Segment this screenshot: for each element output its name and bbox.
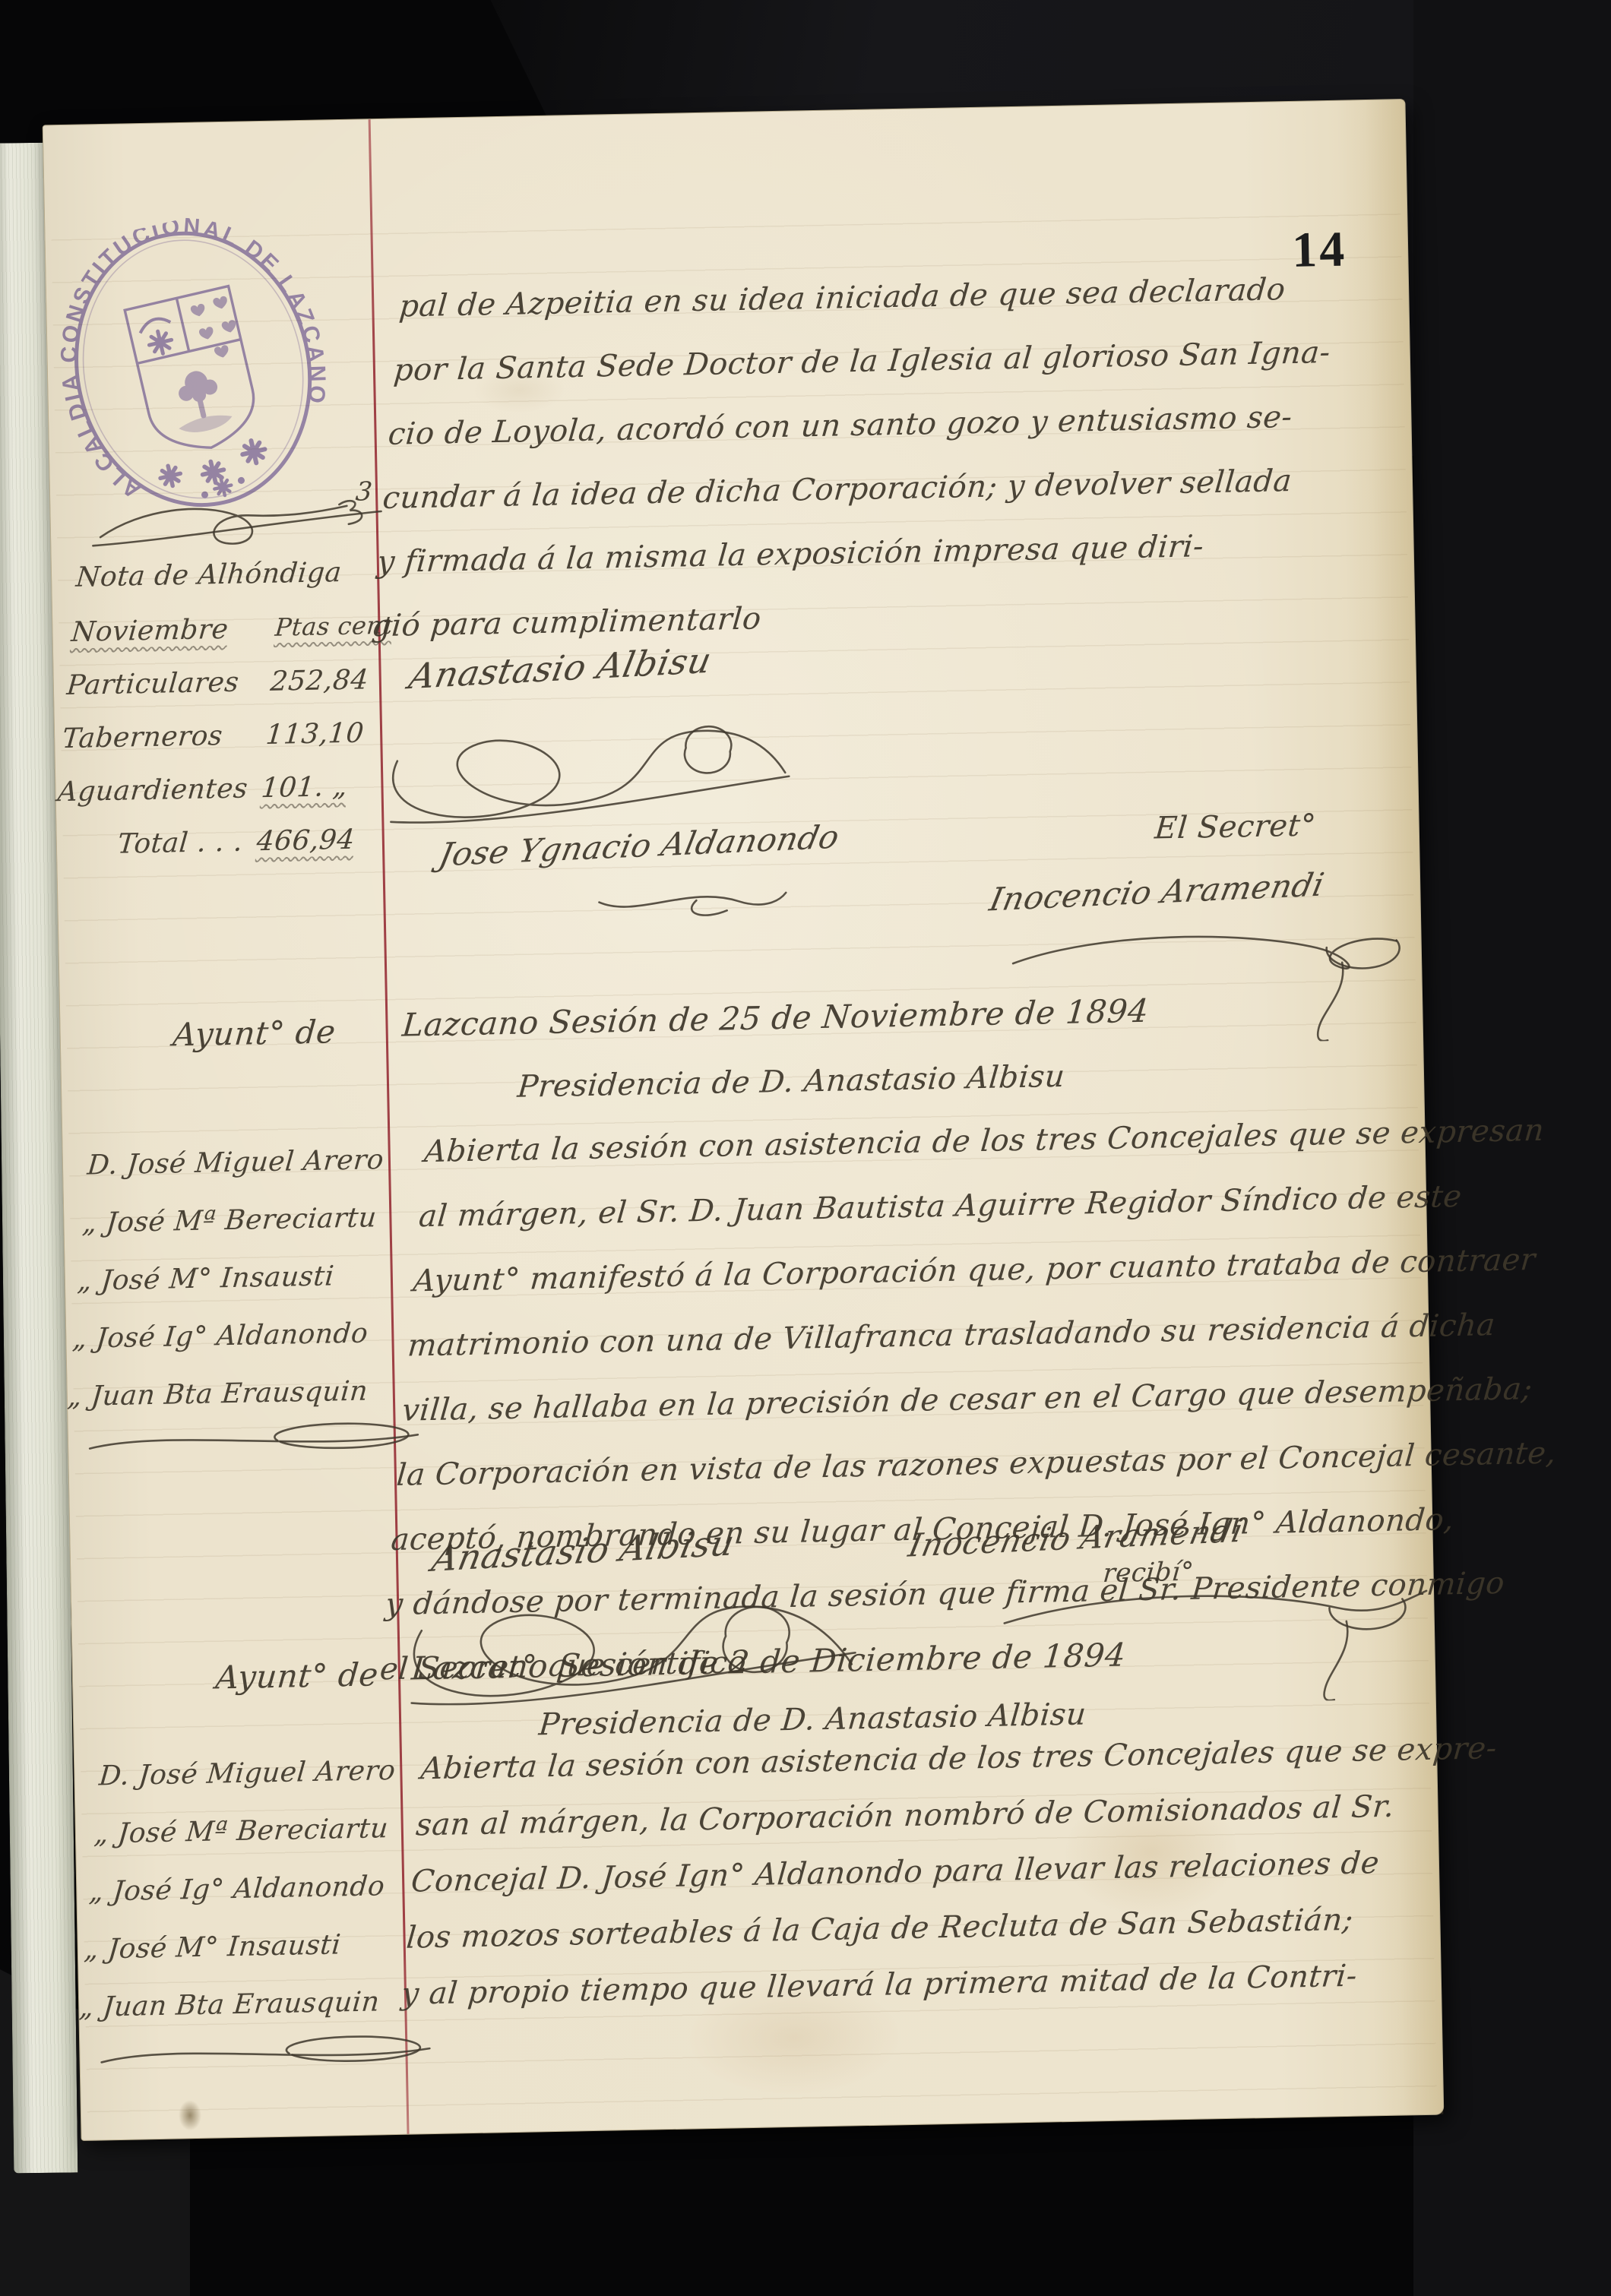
secretary-label: El Secret°: [1154, 808, 1318, 846]
session1-body: Abierta la sesión con asistencia de los …: [377, 1098, 1587, 1703]
note-title: Nota de Alhóndiga: [73, 555, 404, 616]
note-label: Total . . .: [116, 827, 244, 860]
note-label: Taberneros: [61, 720, 224, 754]
note-amount: 113,10: [264, 717, 365, 751]
crescent-icon: [138, 316, 172, 334]
note-row: Aguardientes 101. „: [55, 770, 386, 830]
star-icon: [158, 463, 182, 488]
councilman-name: D. José Miguel Arero: [97, 1742, 402, 1806]
note-unit-header: Ptas cent: [274, 611, 394, 642]
signature-aldanondo: Jose Ygnacio Aldanondo: [436, 818, 843, 874]
session1-heading: Lazcano Sesión de 25 de Noviembre de 189…: [400, 992, 1150, 1044]
note-month-row: Noviembre Ptas cent: [68, 611, 400, 670]
scanned-manuscript-photo: { "document": { "page_number": "14", "st…: [0, 0, 1611, 2296]
note-row: Particulares 252,84: [64, 664, 395, 723]
manuscript-page: 14 ALCALDIA CONSTITUCIONAL DE LAZCANO: [43, 100, 1444, 2140]
tree-icon: [167, 365, 234, 437]
session2-body: Abierta la sesión con asistencia de los …: [399, 1720, 1499, 2022]
note-amount: 252,84: [269, 664, 369, 697]
margin-office-label: Ayunt° de: [172, 1013, 337, 1053]
alhondiga-note: Nota de Alhóndiga Noviembre Ptas cent Pa…: [50, 555, 404, 883]
note-label: Particulares: [65, 667, 240, 701]
intro-paragraph: pal de Azpeitia en su idea iniciada de q…: [369, 257, 1339, 659]
signature-aramendi: Inocencio Aramendi: [986, 865, 1328, 918]
session1-presidency: Presidencia de D. Anastasio Albisu: [516, 1059, 1066, 1105]
signature-note: recibí°: [1102, 1557, 1195, 1589]
star-icon: [240, 438, 267, 466]
stray-mark: 3: [354, 476, 374, 507]
note-label: Aguardientes: [56, 773, 249, 808]
paper-stain: [179, 2100, 202, 2131]
councilman-name: „ José M° Insausti: [82, 1915, 388, 1979]
councilman-name: „ José Ig° Aldanondo: [87, 1858, 392, 1921]
councilman-name: „ Juan Bta Erausquin: [77, 1973, 382, 2037]
municipal-stamp: ALCALDIA CONSTITUCIONAL DE LAZCANO: [31, 194, 356, 542]
councilman-name: „ Juan Bta Erausquin: [65, 1362, 371, 1426]
councilman-name: „ José Ig° Aldanondo: [70, 1305, 375, 1368]
note-row: Total . . . 466,94: [50, 824, 381, 883]
councilman-name: „ José M° Insausti: [75, 1247, 381, 1311]
signature-flourish: [590, 878, 796, 927]
note-row: Taberneros 113,10: [59, 717, 391, 776]
note-amount: 466,94: [255, 824, 356, 858]
councilman-name: „ José Mª Bereciartu: [80, 1189, 385, 1253]
stamp-text: ALCALDIA CONSTITUCIONAL DE LAZCANO: [31, 194, 351, 513]
note-amount: 101. „: [260, 771, 349, 804]
councilman-name: D. José Miguel Arero: [85, 1131, 391, 1195]
note-month: Noviembre: [70, 614, 229, 648]
leaves-icons: [189, 295, 242, 362]
session1-margin-names: D. José Miguel Arero „ José Mª Bereciart…: [65, 1131, 391, 1426]
session2-margin-names: D. José Miguel Arero „ José Mª Bereciart…: [77, 1742, 402, 2037]
star-icon: [147, 329, 174, 356]
margin-office-label: Ayunt° de: [214, 1656, 380, 1696]
councilman-name: „ José Mª Bereciartu: [92, 1800, 397, 1864]
